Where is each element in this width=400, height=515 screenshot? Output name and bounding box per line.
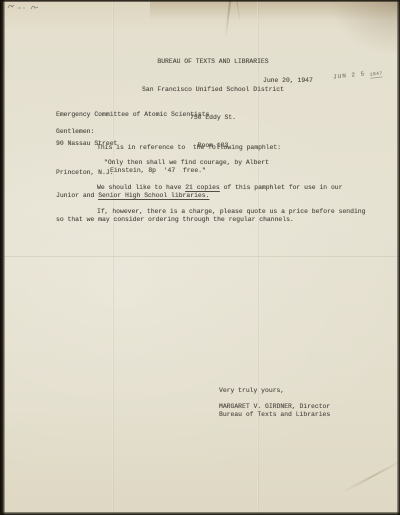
top-right-shading: [330, 0, 400, 55]
horizontal-fold-crease: [0, 256, 400, 258]
body-paragraph-3-line-2: so that we may consider ordering through…: [56, 216, 294, 224]
underlined-libraries-phrase: Senior High School libraries.: [98, 192, 209, 199]
body-paragraph-1: This is in reference to the following pa…: [97, 144, 281, 152]
bottom-right-crease: [342, 459, 400, 494]
recipient-line: Emergency Committee of Atomic Scientists: [56, 110, 209, 120]
closing: Very truly yours,: [219, 387, 284, 395]
signature-title: Bureau of Texts and Libraries: [219, 411, 330, 419]
pencil-mark-icon: [7, 2, 41, 12]
date-line: June 20, 1947: [263, 77, 313, 85]
body-paragraph-3-line-1: If, however, there is a charge, please q…: [97, 208, 365, 216]
body-paragraph-2-line-1: We should like to have 21 copies of this…: [97, 184, 342, 192]
received-stamp-day: JUN 2 5: [333, 70, 366, 80]
pamphlet-quote-line-1: "Only then shall we find courage, by Alb…: [104, 159, 269, 167]
p2-text: of this pamphlet for use in our: [220, 184, 343, 191]
letterhead-line-1: BUREAU OF TEXTS AND LIBRARIES: [113, 57, 313, 66]
received-stamp-year: 1947: [370, 72, 383, 79]
salutation: Gentlemen:: [56, 128, 94, 136]
signature-name: MARGARET V. GIRDNER, Director: [219, 403, 330, 411]
letter-paper: BUREAU OF TEXTS AND LIBRARIES San Franci…: [0, 0, 400, 515]
body-paragraph-2-line-2: Junior and Senior High School libraries.: [56, 192, 209, 200]
underlined-copies-count: 21 copies: [185, 184, 220, 191]
pamphlet-quote-line-2: Einstein, 8p '47 free.": [110, 167, 206, 175]
p2-text: We should like to have: [97, 184, 185, 191]
received-stamp: JUN 2 5 1947: [333, 68, 383, 80]
p2-text: Junior and: [56, 192, 98, 199]
